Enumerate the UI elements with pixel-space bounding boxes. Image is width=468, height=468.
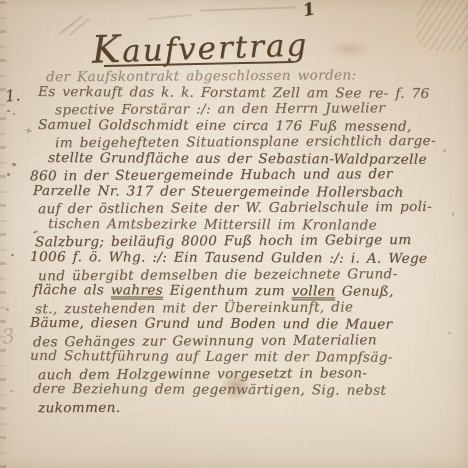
text-segment: stellte Grundfläche aus der Sebastian-Wa… <box>48 150 427 168</box>
text-segment: und Schuttführung auf Lager mit der Damp… <box>30 348 393 366</box>
text-line: zukommen. <box>38 398 466 417</box>
text-line: der Kaufskontrakt abgeschlossen worden: <box>46 67 466 86</box>
text-segment: der Kaufskontrakt abgeschlossen worden: <box>46 67 356 85</box>
text-line: im beigehefteten Situationsplane ersicht… <box>55 133 466 152</box>
text-segment: zukommen. <box>38 400 120 417</box>
text-segment: Salzburg; beiläufig 8000 Fuß hoch im Geb… <box>35 232 412 250</box>
ink-speck <box>10 390 13 392</box>
text-segment: fläche als <box>33 282 111 298</box>
text-segment: Eigenthum zum <box>163 283 292 300</box>
text-line: spective Forstärar :/: an den Herrn Juwe… <box>55 100 466 119</box>
ink-speck <box>7 173 10 176</box>
text-segment: Es verkauft das k. k. Forstamt Zell am S… <box>38 84 430 102</box>
text-segment: 860 in der Steuergemeinde Hubach und aus… <box>30 166 393 184</box>
text-segment: wahres <box>111 282 163 298</box>
scratch-mark <box>69 18 90 36</box>
margin-item-number: 1. <box>4 85 21 105</box>
faint-stroke <box>148 14 192 20</box>
manuscript-body: der Kaufskontrakt abgeschlossen worden:E… <box>30 68 466 415</box>
text-segment: Samuel Goldschmidt eine circa 176 Fuß me… <box>38 117 412 135</box>
ink-speck <box>6 308 9 311</box>
manuscript-page: 1 Kaufvertrag 1. der Kaufskontrakt abges… <box>0 0 468 468</box>
ink-smudge <box>328 40 372 58</box>
faint-stroke <box>200 6 296 11</box>
ink-speck <box>13 113 15 115</box>
text-segment: im beigehefteten Situationsplane ersicht… <box>55 133 436 151</box>
text-segment: vollen <box>292 283 336 299</box>
text-segment: und übergibt demselben die bezeichnete G… <box>38 266 398 284</box>
text-segment: 1006 f. ö. Whg. :/: Ein Tausend Gulden :… <box>30 249 427 267</box>
text-line: 1006 f. ö. Whg. :/: Ein Tausend Gulden :… <box>30 249 466 268</box>
text-segment: Parzelle Nr. 317 der Steuergemeinde Holl… <box>33 183 404 201</box>
text-segment: spective Forstärar :/: an den Herrn Juwe… <box>55 100 385 118</box>
text-segment: Bäume, diesen Grund und Boden und die Ma… <box>30 315 392 333</box>
text-segment: tischen Amtsbezirke Mittersill im Kronla… <box>48 216 377 234</box>
text-line: fläche als wahres Eigenthum zum vollen G… <box>33 282 466 301</box>
ink-speck <box>7 110 10 112</box>
text-segment: auf der östlichen Seite der W. Gabrielsc… <box>38 199 432 217</box>
text-segment: dere Beziehung dem gegenwärtigen, Sig. n… <box>33 381 386 399</box>
text-line: Bäume, diesen Grund und Boden und die Ma… <box>30 315 466 334</box>
scan-edge <box>0 0 6 468</box>
scratch-mark <box>59 15 84 35</box>
ink-speck <box>11 254 14 256</box>
page-number: 1 <box>301 0 318 21</box>
corner-stain <box>413 0 468 55</box>
text-segment: Genuß, <box>335 284 394 300</box>
ink-speck <box>12 162 17 167</box>
